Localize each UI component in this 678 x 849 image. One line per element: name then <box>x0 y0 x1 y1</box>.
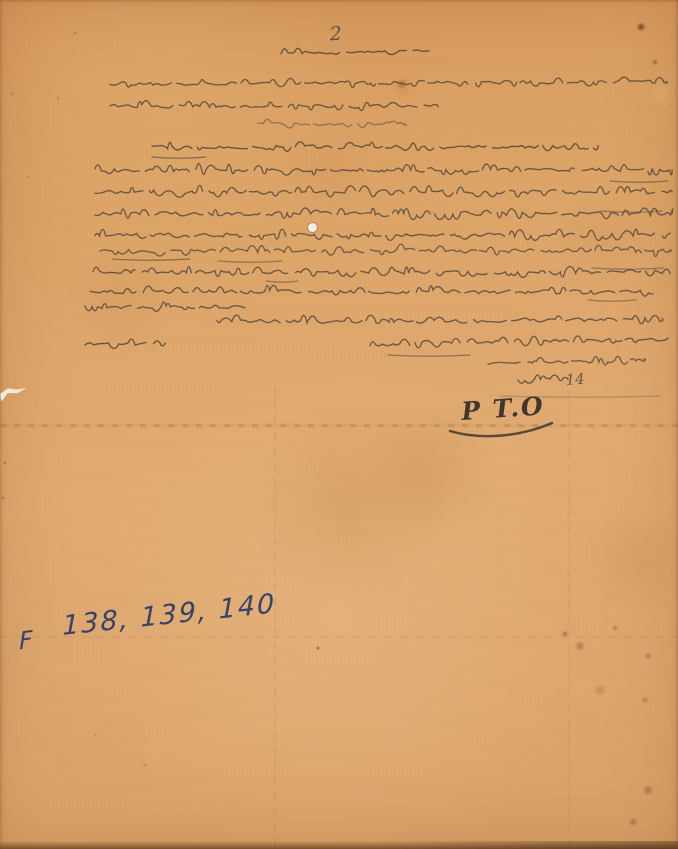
handwritten-line-body-line-4 <box>95 229 670 240</box>
handwritten-line-centered-subheading <box>258 119 407 128</box>
handwritten-line-body-line-3 <box>95 208 673 220</box>
handwritten-line-date-word <box>518 375 568 383</box>
handwritten-line-body-line-2 <box>95 185 672 197</box>
handwritten-line-body-line-1 <box>95 164 672 175</box>
handwritten-underline-9 <box>388 355 470 356</box>
handwritten-underline-1 <box>152 157 206 158</box>
handwritten-underline-5 <box>218 261 282 262</box>
handwritten-line-closing-word-left <box>85 339 165 348</box>
handwritten-underline-3 <box>600 211 662 212</box>
handwritten-underline-4 <box>112 259 190 260</box>
handwritten-line-signature-line-1 <box>370 336 668 348</box>
handwritten-underline-8 <box>588 300 636 301</box>
handwritten-line-closing-line-indented <box>217 315 663 324</box>
handwritten-line-body-line-6 <box>93 266 670 277</box>
handwritten-line-signature-line-2 <box>488 356 646 365</box>
page-number-text: 2 <box>328 23 342 46</box>
handwritten-line-invocation-heading <box>281 48 429 54</box>
archive-note-numbers: 138, 139, 140 <box>62 588 276 642</box>
date-numeral-text: 14 <box>565 370 585 389</box>
scanned-letter-page: 2 14 P T.O F 138, 139, 140 <box>0 0 678 849</box>
handwritten-lines-group <box>85 48 673 397</box>
handwritten-line-body-line-7 <box>90 285 653 296</box>
pto-mark-text: P T.O <box>459 391 545 426</box>
archive-note-prefix: F <box>19 625 35 655</box>
handwritten-underline-6 <box>592 268 664 269</box>
handwritten-line-body-line-8-short <box>85 302 245 311</box>
handwritten-underline-2 <box>610 181 668 182</box>
handwritten-line-body-line-5 <box>100 244 671 256</box>
handwriting-layer: 2 14 P T.O F 138, 139, 140 <box>0 0 678 849</box>
handwritten-underline-7 <box>266 281 298 282</box>
handwritten-line-salutation-line <box>152 142 598 151</box>
handwritten-line-address-line-1 <box>110 77 667 87</box>
handwritten-line-address-line-2 <box>110 101 438 111</box>
